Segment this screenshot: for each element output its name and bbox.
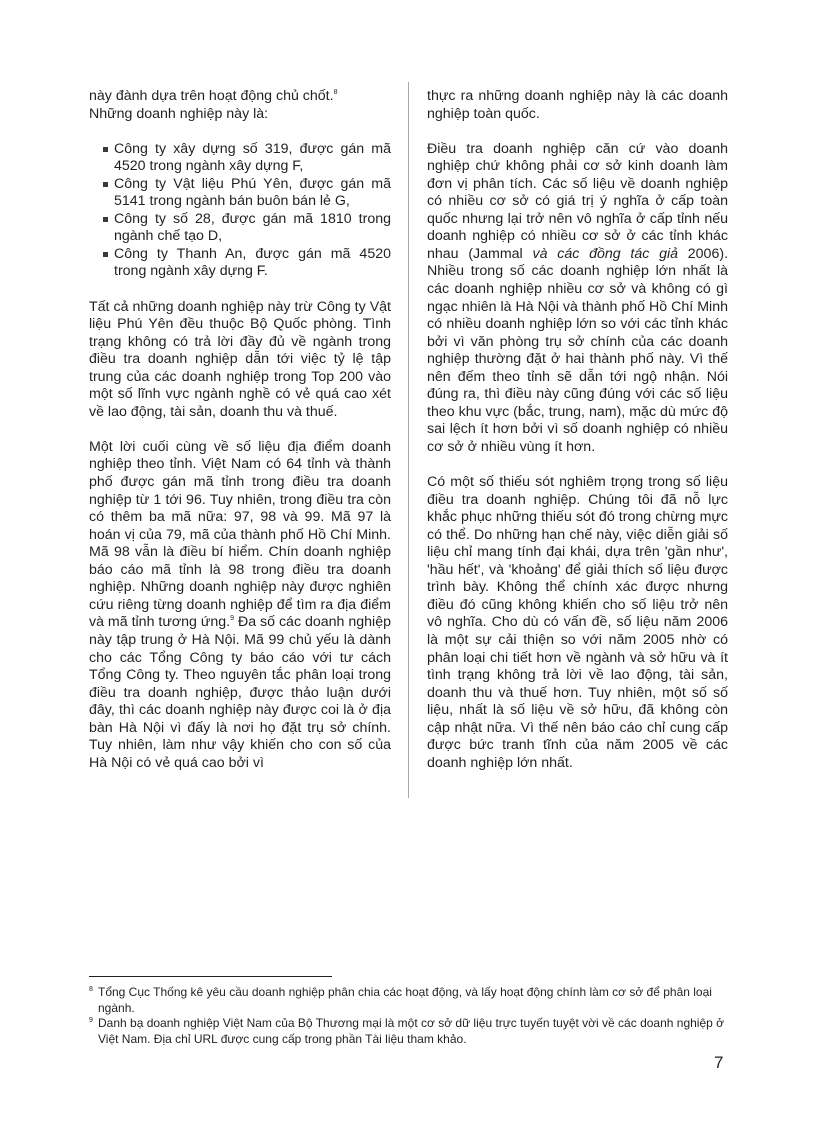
paragraph-defense-ministry: Tất cả những doanh nghiệp này trừ Công t…	[89, 299, 391, 422]
intro-paragraph: này đành dựa trên hoạt động chủ chốt.8Nh…	[89, 88, 391, 123]
footnote-mark: 8	[89, 982, 93, 998]
column-divider	[408, 82, 409, 798]
right-column: thực ra những doanh nghiệp này là các do…	[427, 88, 728, 790]
left-column: này đành dựa trên hoạt động chủ chốt.8Nh…	[89, 88, 391, 790]
bullet-item: Công ty Vật liệu Phú Yên, được gán mã 51…	[103, 176, 391, 211]
footnote-9: 9Danh bạ doanh nghiệp Việt Nam của Bộ Th…	[89, 1016, 729, 1047]
bullet-item: Công ty số 28, được gán mã 1810 trong ng…	[103, 211, 391, 246]
bullet-item: Công ty Thanh An, được gán mã 4520 trong…	[103, 246, 391, 281]
multi-text-1: Điều tra doanh nghiệp căn cứ vào doanh n…	[427, 141, 728, 262]
page-number: 7	[714, 1053, 723, 1073]
footnote-mark: 9	[89, 1013, 93, 1029]
footnote-8: 8Tổng Cục Thống kê yêu cầu doanh nghiệp …	[89, 985, 729, 1016]
footnote-text: Danh bạ doanh nghiệp Việt Nam của Bộ Thư…	[98, 1016, 724, 1046]
footnote-separator	[89, 976, 332, 977]
paragraph-province-codes: Một lời cuối cùng về số liệu địa điểm do…	[89, 439, 391, 772]
intro-text-2: Những doanh nghiệp này là:	[89, 106, 268, 122]
multi-text-2: 2006). Nhiều trong số các doanh nghiệp l…	[427, 246, 728, 455]
bullet-item: Công ty xây dựng số 319, được gán mã 452…	[103, 141, 391, 176]
document-page: này đành dựa trên hoạt động chủ chốt.8Nh…	[0, 0, 816, 1123]
footnote-ref-8[interactable]: 8	[334, 89, 338, 96]
province-text-2: Đa số các doanh nghiệp này tập trung ở H…	[89, 614, 391, 770]
footnote-text: Tổng Cục Thống kê yêu cầu doanh nghiệp p…	[98, 985, 712, 1015]
paragraph-data-shortcomings: Có một số thiếu sót nghiêm trọng trong s…	[427, 474, 728, 772]
paragraph-national-enterprises: thực ra những doanh nghiệp này là các do…	[427, 88, 728, 123]
intro-text: này đành dựa trên hoạt động chủ chốt.	[89, 88, 334, 104]
citation-italic: và các đồng tác giả	[532, 246, 678, 262]
footnotes: 8Tổng Cục Thống kê yêu cầu doanh nghiệp …	[89, 985, 729, 1047]
enterprise-bullet-list: Công ty xây dựng số 319, được gán mã 452…	[89, 141, 391, 281]
paragraph-multi-establishment: Điều tra doanh nghiệp căn cứ vào doanh n…	[427, 141, 728, 457]
province-text-1: Một lời cuối cùng về số liệu địa điểm do…	[89, 439, 391, 630]
